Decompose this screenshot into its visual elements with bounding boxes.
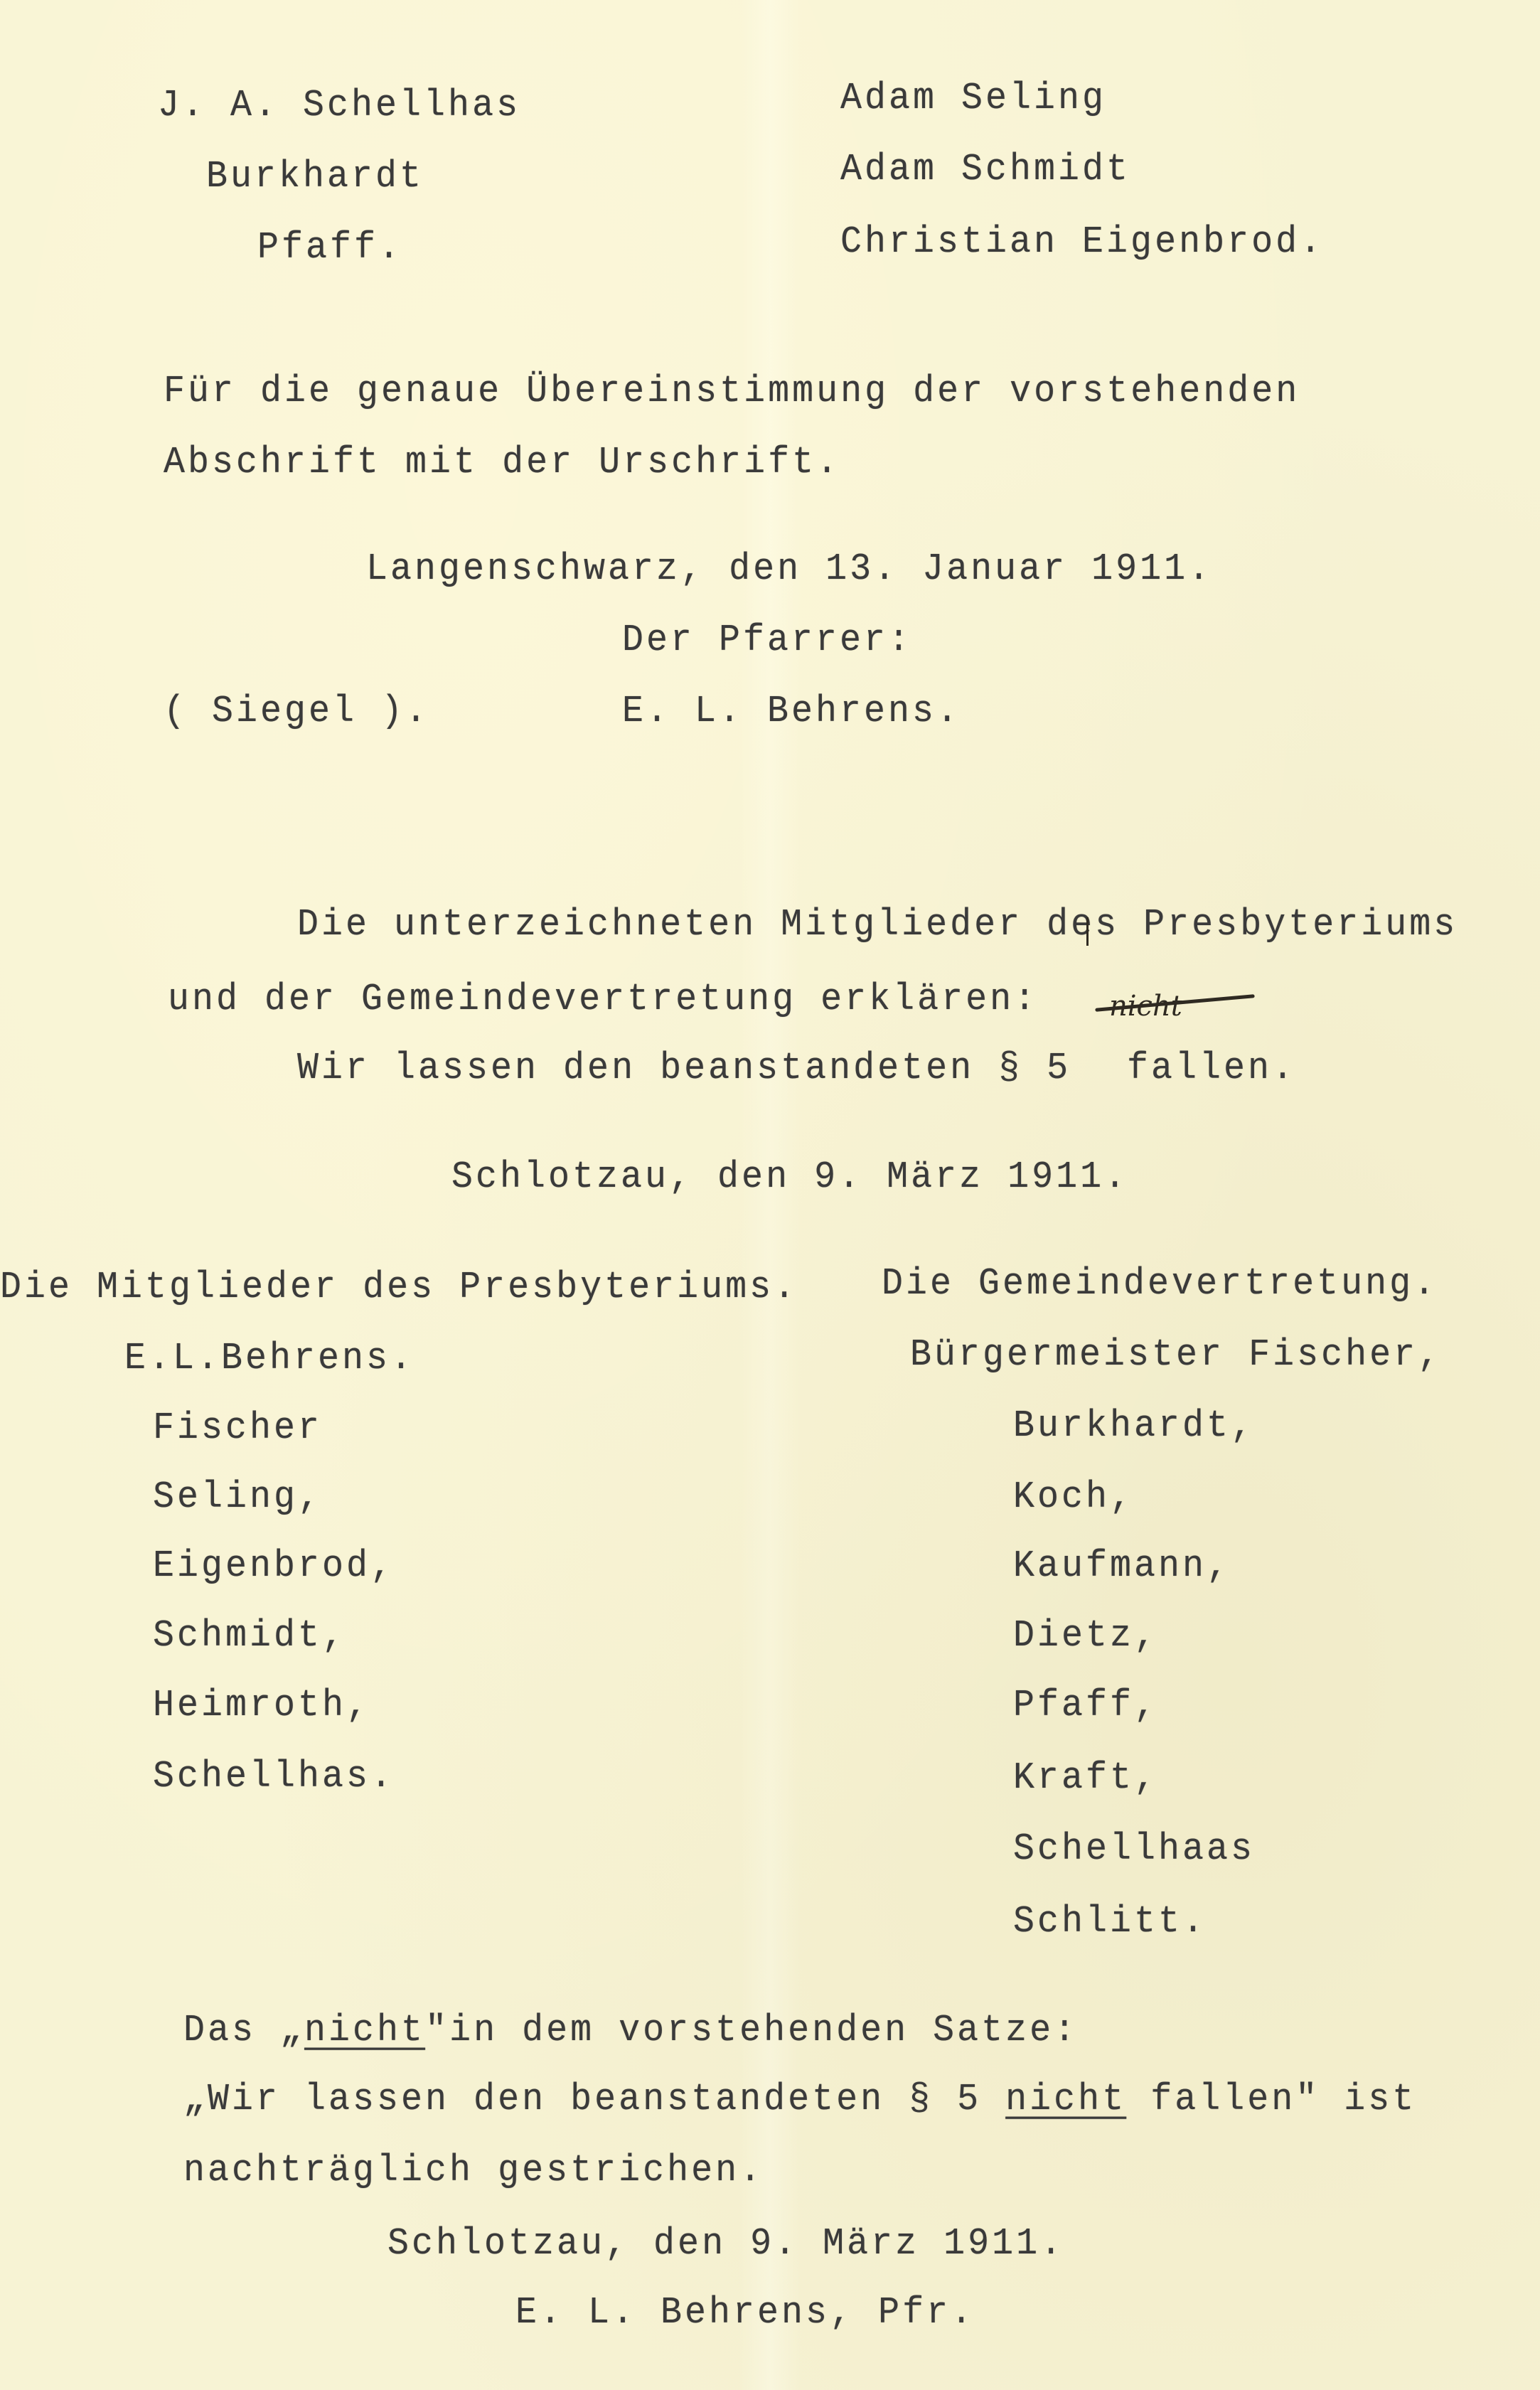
gemeinde-member: Kraft, bbox=[1013, 1756, 1158, 1801]
note-text: „Wir lassen den beanstandeten § 5 bbox=[183, 2079, 1005, 2121]
note-line-3: nachträglich gestrichen. bbox=[183, 2149, 764, 2194]
gemeinde-member: Schlitt. bbox=[1013, 1900, 1207, 1945]
signature-top-right-2: Adam Schmidt bbox=[840, 148, 1130, 193]
presbyterium-member: Schellhas. bbox=[153, 1755, 395, 1800]
note-text: fallen" ist bbox=[1126, 2079, 1416, 2121]
presbyterium-member: Eigenbrod, bbox=[153, 1545, 395, 1589]
certification-signer: E. L. Behrens. bbox=[622, 690, 961, 735]
underlined-word-nicht: nicht bbox=[304, 2010, 425, 2052]
gemeinde-member: Bürgermeister Fischer, bbox=[910, 1333, 1442, 1378]
presbyterium-member: Heimroth, bbox=[153, 1684, 370, 1729]
declaration-line-3b: fallen. bbox=[1127, 1047, 1296, 1092]
gemeinde-member: Koch, bbox=[1013, 1476, 1134, 1520]
declaration-place-date: Schlotzau, den 9. März 1911. bbox=[451, 1156, 1128, 1200]
gemeinde-member: Dietz, bbox=[1013, 1614, 1158, 1659]
presbyterium-heading: Die Mitglieder des Presbyteriums. bbox=[0, 1266, 798, 1311]
note-line-2: „Wir lassen den beanstandeten § 5 nicht … bbox=[183, 2078, 1416, 2123]
note-line-1: Das „nicht"in dem vorstehenden Satze: bbox=[183, 2009, 1078, 2054]
note-text: Das „ bbox=[183, 2010, 304, 2052]
signature-top-left-3: Pfaff. bbox=[257, 226, 402, 271]
signature-top-right-1: Adam Seling bbox=[840, 77, 1106, 122]
certification-line-2: Abschrift mit der Urschrift. bbox=[164, 441, 840, 486]
seal-note: ( Siegel ). bbox=[164, 690, 429, 735]
note-place-date: Schlotzau, den 9. März 1911. bbox=[387, 2222, 1064, 2267]
note-text: "in dem vorstehenden Satze: bbox=[425, 2010, 1078, 2052]
signature-top-left-1: J. A. Schellhas bbox=[158, 84, 520, 129]
gemeinde-member: Burkhardt, bbox=[1013, 1404, 1255, 1449]
certification-line-1: Für die genaue Übereinstimmung der vorst… bbox=[164, 370, 1300, 415]
certification-title: Der Pfarrer: bbox=[622, 619, 912, 663]
note-signer: E. L. Behrens, Pfr. bbox=[515, 2291, 975, 2336]
gemeinde-heading: Die Gemeindevertretung. bbox=[882, 1262, 1438, 1307]
insertion-mark bbox=[1086, 917, 1089, 946]
declaration-line-1: Die unterzeichneten Mitglieder des Presb… bbox=[297, 903, 1458, 948]
declaration-line-3a: Wir lassen den beanstandeten § 5 bbox=[297, 1047, 1071, 1092]
underlined-word-nicht: nicht bbox=[1005, 2079, 1126, 2121]
presbyterium-member: Fischer bbox=[153, 1407, 322, 1451]
presbyterium-member: Seling, bbox=[153, 1476, 322, 1520]
gemeinde-member: Pfaff, bbox=[1013, 1684, 1158, 1729]
presbyterium-member: Schmidt, bbox=[153, 1614, 346, 1659]
signature-top-right-3: Christian Eigenbrod. bbox=[840, 220, 1324, 265]
gemeinde-member: Schellhaas bbox=[1013, 1828, 1255, 1872]
gemeinde-member: Kaufmann, bbox=[1013, 1545, 1231, 1589]
declaration-line-2: und der Gemeindevertretung erklären: bbox=[168, 978, 1038, 1023]
certification-place-date: Langenschwarz, den 13. Januar 1911. bbox=[366, 548, 1212, 592]
presbyterium-member: E.L.Behrens. bbox=[124, 1337, 415, 1382]
signature-top-left-2: Burkhardt bbox=[206, 155, 424, 200]
